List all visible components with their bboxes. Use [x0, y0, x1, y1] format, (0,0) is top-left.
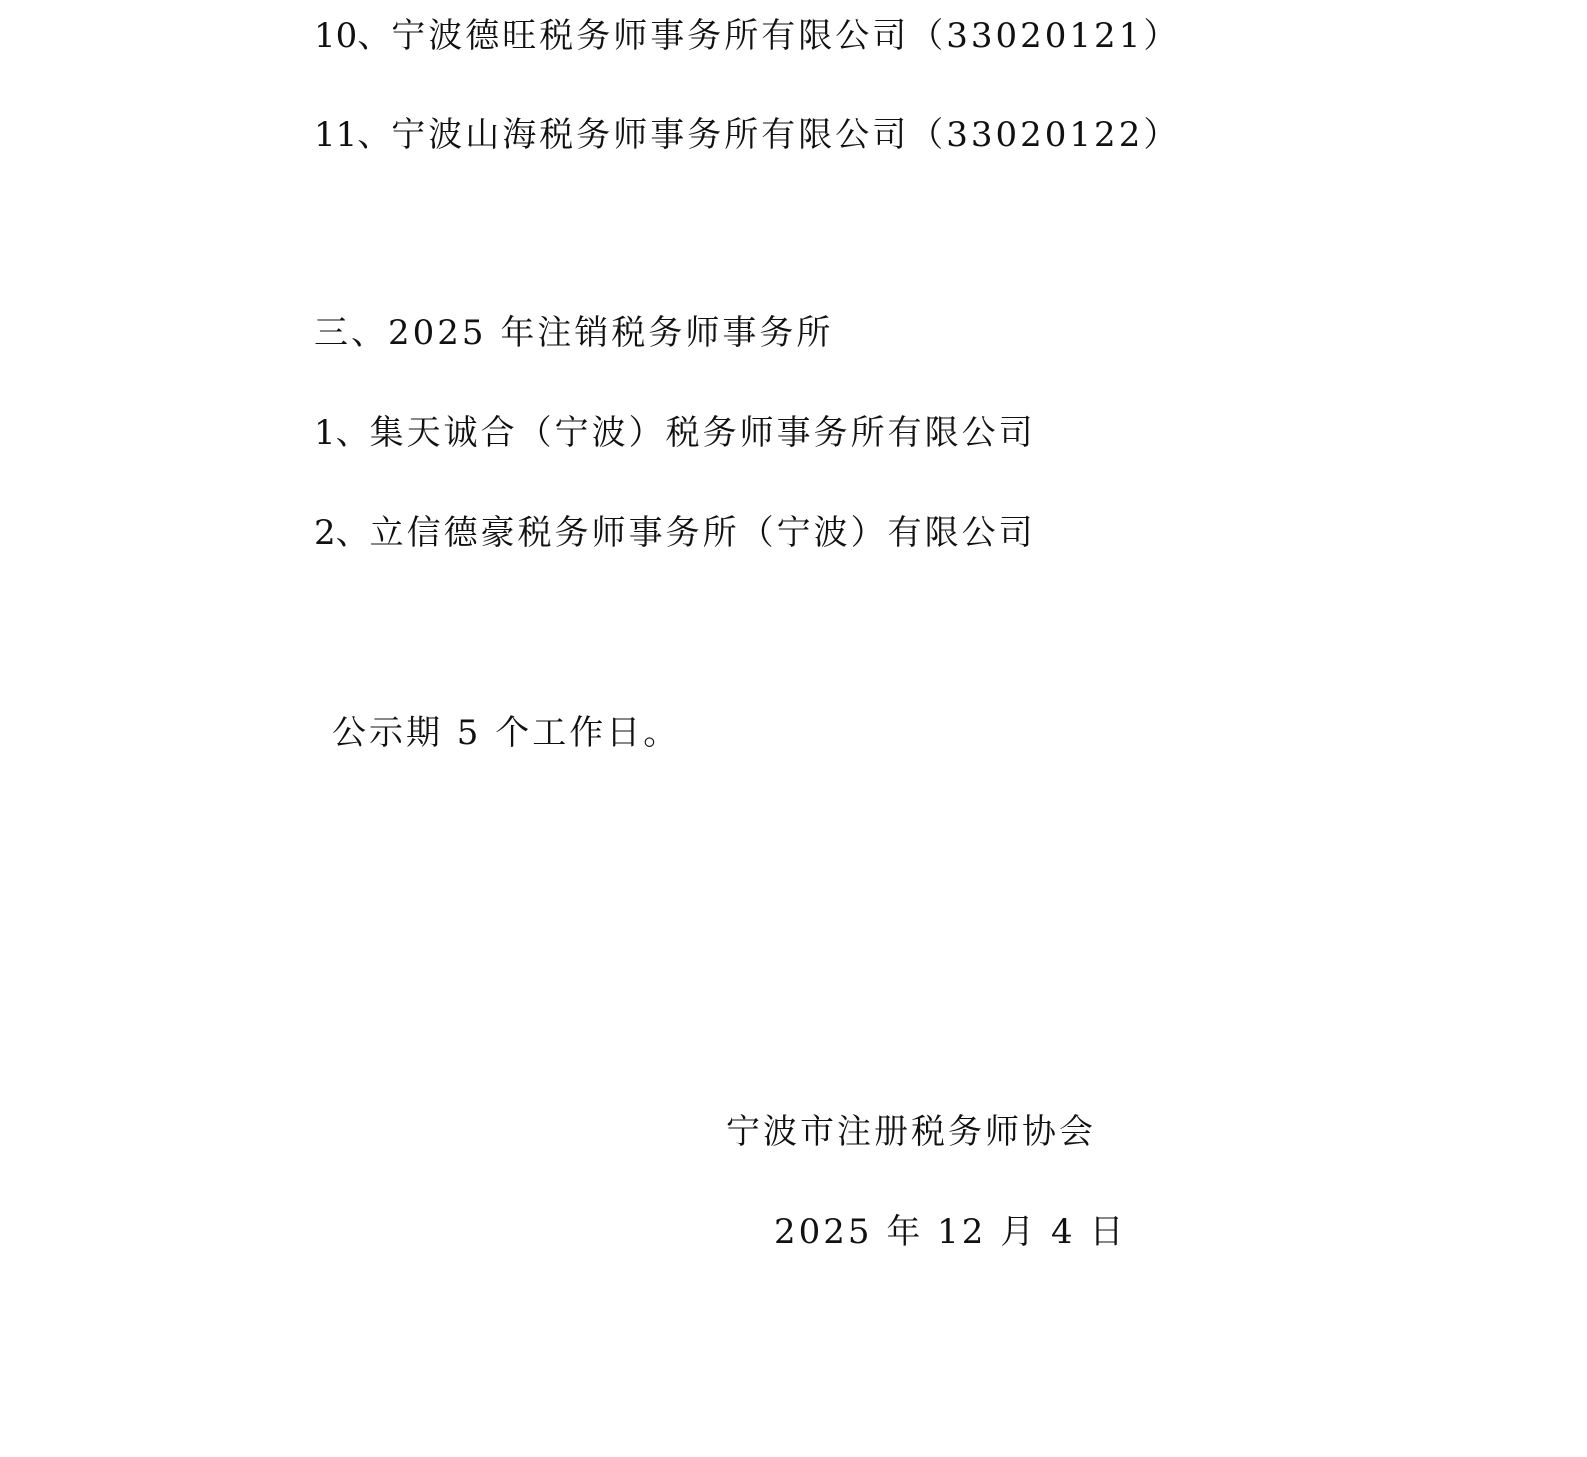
list-item: 2、立信德豪税务师事务所（宁波）有限公司 [314, 513, 1036, 553]
section-heading: 三、2025 年注销税务师事务所 [314, 313, 833, 353]
item-index: 10、 [314, 16, 391, 56]
firm-code: （33020121） [909, 16, 1180, 56]
list-item: 10、宁波德旺税务师事务所有限公司（33020121） [314, 16, 1180, 56]
list-item: 1、集天诚合（宁波）税务师事务所有限公司 [314, 413, 1036, 453]
item-index: 11、 [314, 115, 391, 155]
firm-code: （33020122） [909, 115, 1180, 155]
firm-name: 立信德豪税务师事务所（宁波）有限公司 [370, 513, 1036, 553]
notice-period: 公示期 5 个工作日。 [332, 713, 680, 753]
signature-organization: 宁波市注册税务师协会 [726, 1112, 1096, 1152]
item-index: 2、 [314, 513, 370, 553]
list-item: 11、宁波山海税务师事务所有限公司（33020122） [314, 115, 1180, 155]
firm-name: 宁波德旺税务师事务所有限公司 [391, 16, 909, 56]
item-index: 1、 [314, 413, 370, 453]
firm-name: 集天诚合（宁波）税务师事务所有限公司 [370, 413, 1036, 453]
firm-name: 宁波山海税务师事务所有限公司 [391, 115, 909, 155]
signature-date: 2025 年 12 月 4 日 [774, 1212, 1126, 1252]
